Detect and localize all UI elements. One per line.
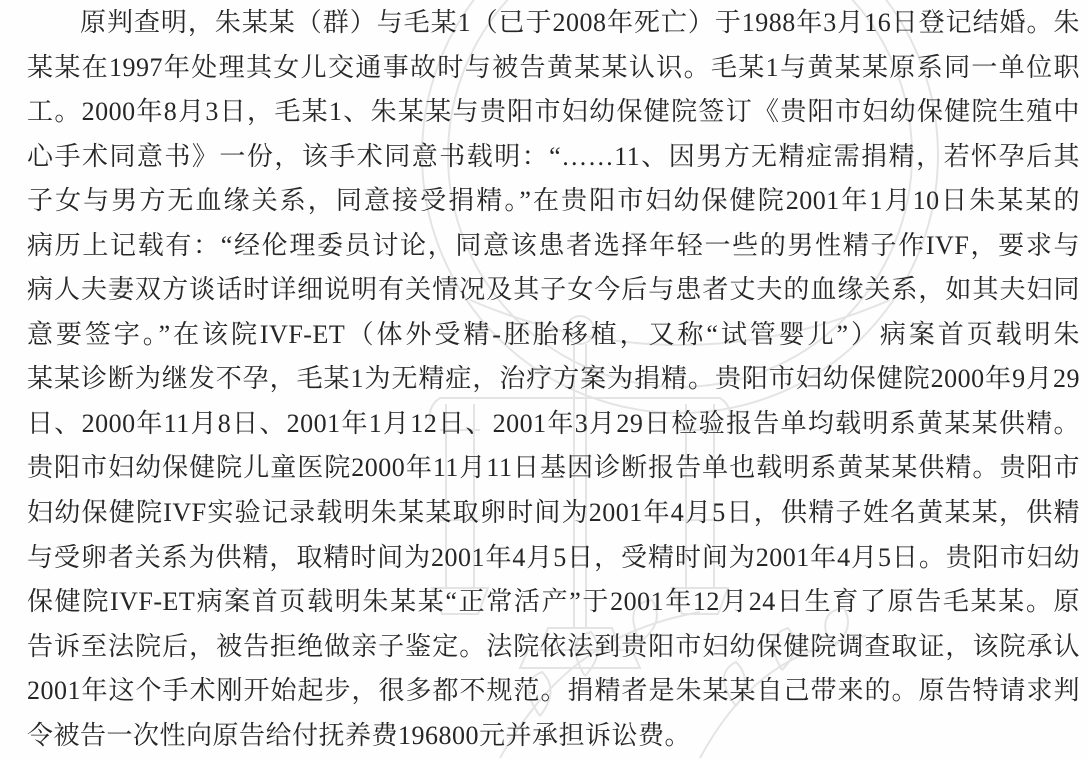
text-line: 工。2000年8月3日，毛某1、朱某某与贵阳市妇幼保健院签订《贵阳市妇幼保健院生… — [27, 90, 1080, 135]
text-line: 某某在1997年处理其女儿交通事故时与被告黄某某认识。毛某1与黄某某原系同一单位… — [27, 46, 1080, 91]
text-line: 妇幼保健院IVF实验记录载明朱某某取卵时间为2001年4月5日，供精子姓名黄某某… — [27, 491, 1080, 536]
text-line: 原判查明，朱某某（群）与毛某1（已于2008年死亡）于1988年3月16日登记结… — [27, 1, 1080, 46]
text-line: 某某诊断为继发不孕，毛某1为无精症，治疗方案为捐精。贵阳市妇幼保健院2000年9… — [27, 357, 1080, 402]
judgment-text-body: 原判查明，朱某某（群）与毛某1（已于2008年死亡）于1988年3月16日登记结… — [27, 1, 1080, 758]
text-line: 心手术同意书》一份，该手术同意书载明：“……11、因男方无精症需捐精，若怀孕后其 — [27, 135, 1080, 180]
document-page: 原判查明，朱某某（群）与毛某1（已于2008年死亡）于1988年3月16日登记结… — [0, 0, 1089, 760]
text-line: 子女与男方无血缘关系，同意接受捐精。”在贵阳市妇幼保健院2001年1月10日朱某… — [27, 179, 1080, 224]
text-line: 病历上记载有：“经伦理委员讨论，同意该患者选择年轻一些的男性精子作IVF，要求与 — [27, 224, 1080, 269]
text-line: 日、2000年11月8日、2001年1月12日、2001年3月29日检验报告单均… — [27, 402, 1080, 447]
text-line: 2001年这个手术刚开始起步，很多都不规范。捐精者是朱某某自己带来的。原告特请求… — [27, 669, 1080, 714]
text-line: 意要签字。”在该院IVF-ET（体外受精-胚胎移植，又称“试管婴儿”）病案首页载… — [27, 313, 1080, 358]
text-line: 与受卵者关系为供精，取精时间为2001年4月5日，受精时间为2001年4月5日。… — [27, 536, 1080, 581]
text-line: 令被告一次性向原告给付抚养费196800元并承担诉讼费。 — [27, 714, 1080, 759]
text-line: 告诉至法院后，被告拒绝做亲子鉴定。法院依法到贵阳市妇幼保健院调查取证，该院承认 — [27, 625, 1080, 670]
text-line: 病人夫妻双方谈话时详细说明有关情况及其子女今后与患者丈夫的血缘关系，如其夫妇同 — [27, 268, 1080, 313]
text-line: 保健院IVF-ET病案首页载明朱某某“正常活产”于2001年12月24日生育了原… — [27, 580, 1080, 625]
text-line: 贵阳市妇幼保健院儿童医院2000年11月11日基因诊断报告单也载明系黄某某供精。… — [27, 446, 1080, 491]
